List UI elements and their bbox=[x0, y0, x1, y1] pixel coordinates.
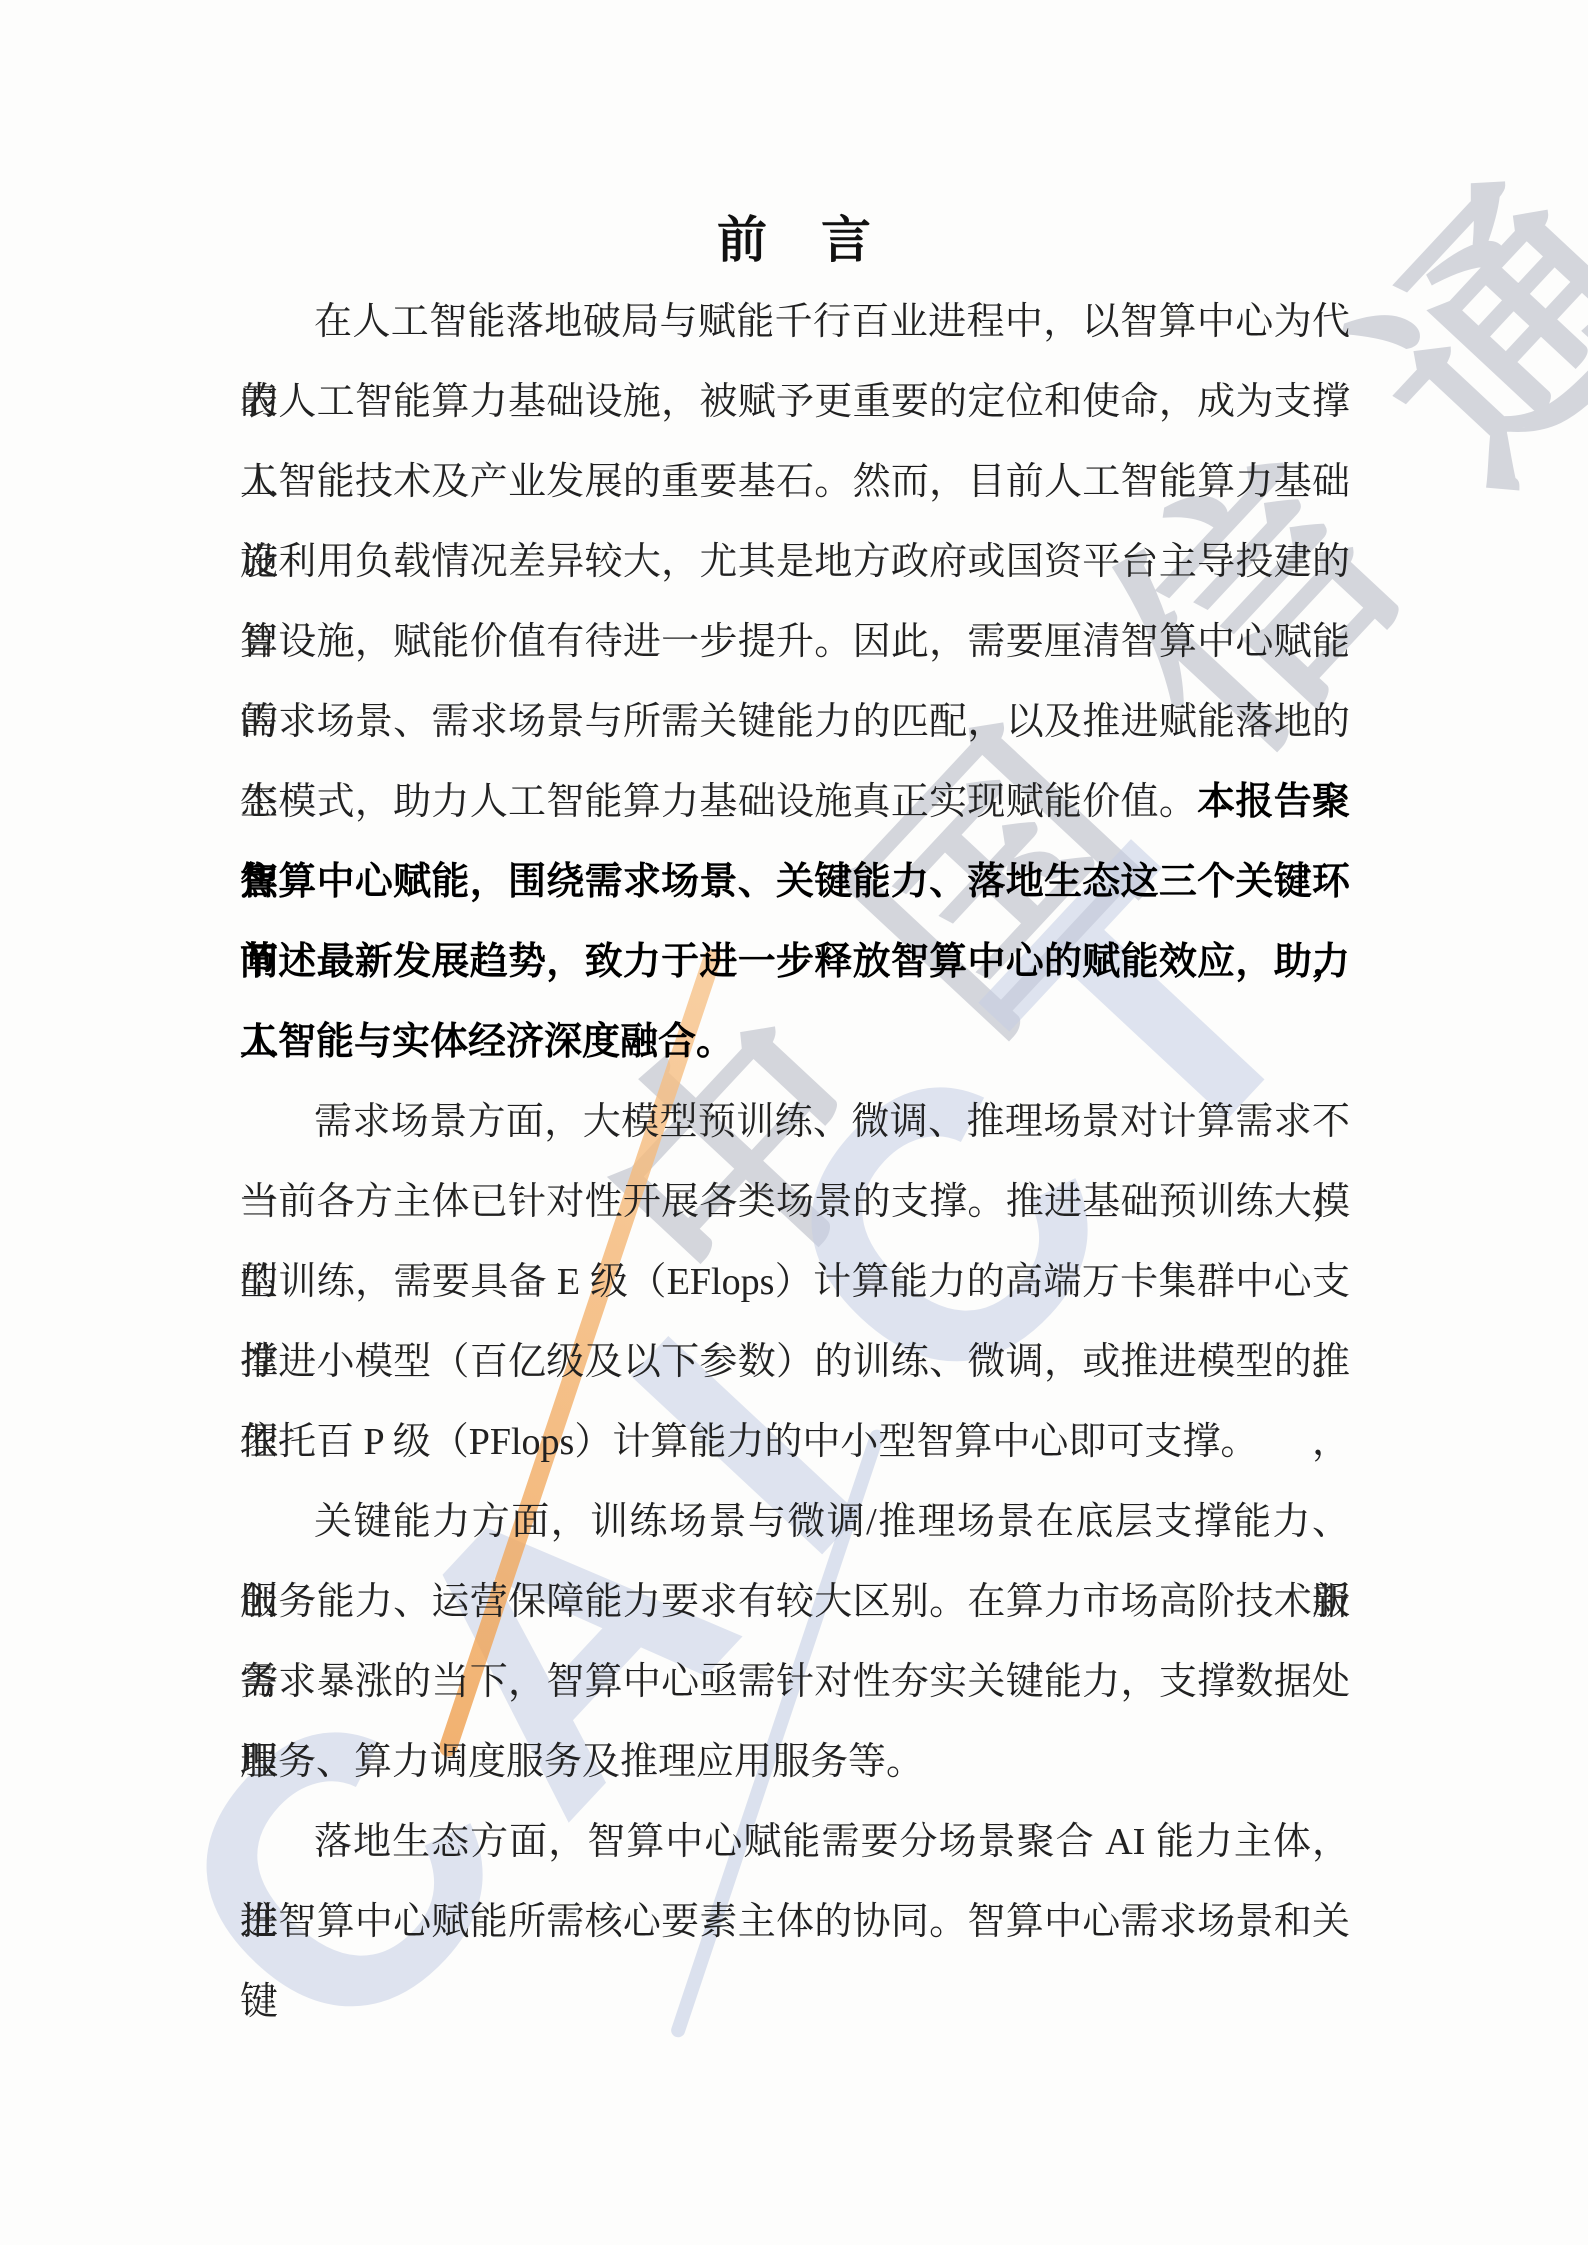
text-line: 当前各方主体已针对性开展各类场景的支撑。推进基础预训练大模型 bbox=[240, 1162, 1350, 1242]
text-segment: 服务、算力调度服务及推理应用服务等。 bbox=[240, 1741, 924, 1783]
text-line: 需求场景、需求场景与所需关键能力的匹配，以及推进赋能落地的生 bbox=[240, 682, 1350, 762]
body-text: 在人工智能落地破局与赋能千行百业进程中，以智算中心为代表的人工智能算力基础设施，… bbox=[240, 282, 1350, 1962]
text-line: 工智能技术及产业发展的重要基石。然而，目前人工智能算力基础设 bbox=[240, 442, 1350, 522]
document-page: 中国信通院CAICT 前 言 在人工智能落地破局与赋能千行百业进程中，以智算中心… bbox=[0, 0, 1588, 2245]
text-line: 施利用负载情况差异较大，尤其是地方政府或国资平台主导投建的智 bbox=[240, 522, 1350, 602]
text-segment: 依托百 P 级（PFlops）计算能力的中小型智算中心即可支撑。 bbox=[240, 1421, 1258, 1463]
text-line: 需求暴涨的当下，智算中心亟需针对性夯实关键能力，支撑数据处理 bbox=[240, 1642, 1350, 1722]
text-line: 推进小模型（百亿级及以下参数）的训练、微调，或推进模型的推理， bbox=[240, 1322, 1350, 1402]
bold-text-segment: 工智能与实体经济深度融合。 bbox=[240, 1021, 734, 1063]
text-line: 服务、算力调度服务及推理应用服务等。 bbox=[240, 1722, 1350, 1802]
text-line: 在人工智能落地破局与赋能千行百业进程中，以智算中心为代表 bbox=[240, 282, 1350, 362]
watermark-cjk-glyph: 院 bbox=[1581, 0, 1588, 244]
text-line: 服务能力、运营保障能力要求有较大区别。在算力市场高阶技术服务 bbox=[240, 1562, 1350, 1642]
text-line: 阐述最新发展趋势，致力于进一步释放智算中心的赋能效应，助力人 bbox=[240, 922, 1350, 1002]
text-line: 关键能力方面，训练场景与微调/推理场景在底层支撑能力、创新 bbox=[240, 1482, 1350, 1562]
text-segment: 态模式，助力人工智能算力基础设施真正实现赋能价值。 bbox=[240, 781, 1197, 823]
watermark-cjk-glyph: 通 bbox=[1326, 151, 1588, 518]
text-line: 算设施，赋能价值有待进一步提升。因此，需要厘清智算中心赋能的 bbox=[240, 602, 1350, 682]
text-line: 智算中心赋能，围绕需求场景、关键能力、落地生态这三个关键环节， bbox=[240, 842, 1350, 922]
text-line: 落地生态方面，智算中心赋能需要分场景聚合 AI 能力主体，推 bbox=[240, 1802, 1350, 1882]
page-title: 前 言 bbox=[240, 200, 1350, 272]
text-segment: 进智算中心赋能所需核心要素主体的协同。智算中心需求场景和关键 bbox=[240, 1901, 1350, 2023]
text-line: 进智算中心赋能所需核心要素主体的协同。智算中心需求场景和关键 bbox=[240, 1882, 1350, 1962]
text-line: 态模式，助力人工智能算力基础设施真正实现赋能价值。本报告聚焦 bbox=[240, 762, 1350, 842]
text-line: 工智能与实体经济深度融合。 bbox=[240, 1002, 1350, 1082]
text-line: 需求场景方面，大模型预训练、微调、推理场景对计算需求不一， bbox=[240, 1082, 1350, 1162]
text-line: 的训练，需要具备 E 级（EFlops）计算能力的高端万卡集群中心支撑。 bbox=[240, 1242, 1350, 1322]
text-line: 依托百 P 级（PFlops）计算能力的中小型智算中心即可支撑。 bbox=[240, 1402, 1350, 1482]
text-line: 的人工智能算力基础设施，被赋予更重要的定位和使命，成为支撑人 bbox=[240, 362, 1350, 442]
